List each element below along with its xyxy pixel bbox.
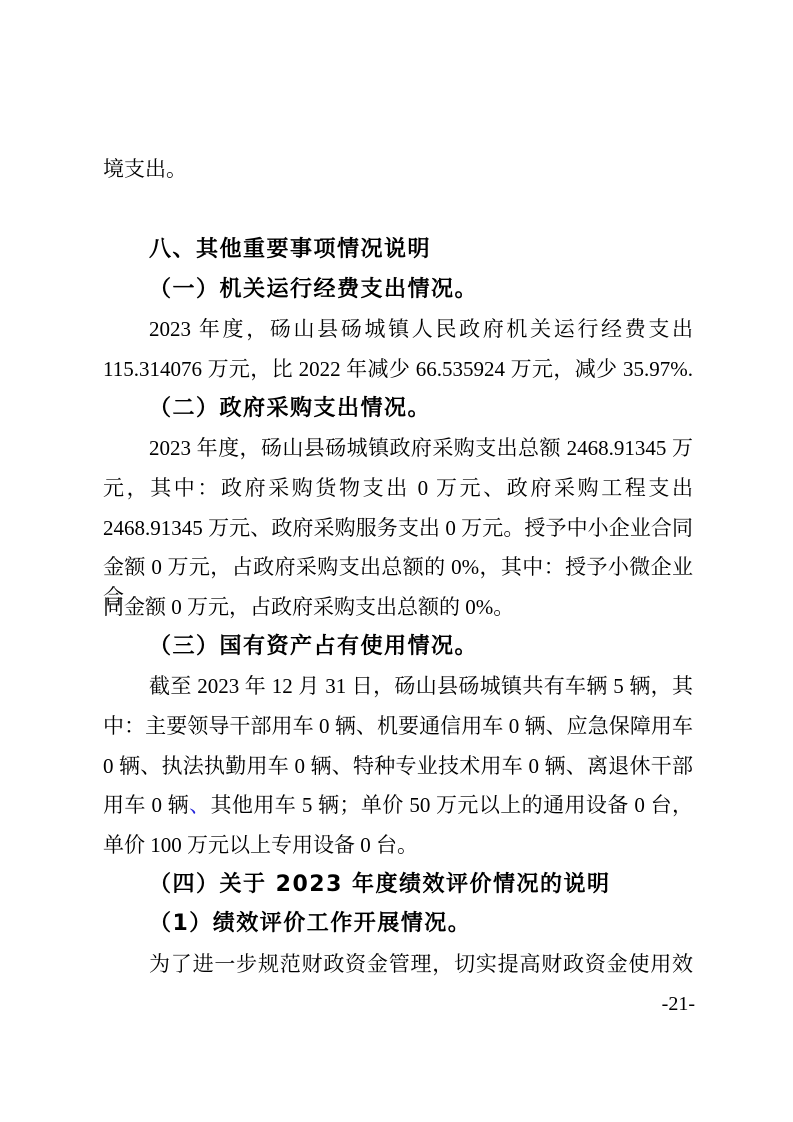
paragraph-line: 115.314076 万元，比 2022 年减少 66.535924 万元，减少…: [103, 354, 693, 384]
paragraph-line: 为了进一步规范财政资金管理，切实提高财政资金使用效: [103, 949, 693, 979]
paragraph-line: 用车 0 辆、其他用车 5 辆；单价 50 万元以上的通用设备 0 台，: [103, 790, 693, 820]
paragraph-line: 2468.91345 万元、政府采购服务支出 0 万元。授予中小企业合同: [103, 513, 693, 543]
paragraph-line: 单价 100 万元以上专用设备 0 台。: [103, 830, 693, 860]
document-page: 境支出。 八、其他重要事项情况说明 （一）机关运行经费支出情况。 2023 年度…: [0, 0, 793, 1122]
paragraph-line: 截至 2023 年 12 月 31 日，砀山县砀城镇共有车辆 5 辆，其: [103, 671, 693, 701]
text-segment: 用车 0 辆: [103, 793, 189, 817]
text-segment: 其他用车 5 辆；单价 50 万元以上的通用设备 0 台，: [211, 793, 694, 817]
subheading-performance-evaluation-work: （1）绩效评价工作开展情况。: [103, 909, 693, 939]
paragraph-line: 2023 年度，砀山县砀城镇人民政府机关运行经费支出: [103, 314, 693, 344]
blue-caesura-mark: 、: [189, 793, 210, 817]
subsection-heading-performance-evaluation: （四）关于 2023 年度绩效评价情况的说明: [103, 870, 693, 900]
paragraph-line: 中：主要领导干部用车 0 辆、机要通信用车 0 辆、应急保障用车: [103, 711, 693, 741]
paragraph-line: 元，其中：政府采购货物支出 0 万元、政府采购工程支出: [103, 473, 693, 503]
subsection-heading-agency-operating-expense: （一）机关运行经费支出情况。: [103, 275, 693, 305]
paragraph-line: 0 辆、执法执勤用车 0 辆、特种专业技术用车 0 辆、离退休干部: [103, 751, 693, 781]
paragraph-continuation-line: 境支出。: [103, 154, 693, 184]
subsection-heading-government-procurement: （二）政府采购支出情况。: [103, 394, 693, 424]
subsection-heading-state-owned-assets: （三）国有资产占有使用情况。: [103, 632, 693, 662]
page-number: -21-: [103, 993, 695, 1015]
paragraph-line: 同金额 0 万元，占政府采购支出总额的 0%。: [103, 592, 693, 622]
section-heading-other-important-matters: 八、其他重要事项情况说明: [103, 235, 693, 265]
paragraph-line: 2023 年度，砀山县砀城镇政府采购支出总额 2468.91345 万: [103, 433, 693, 463]
